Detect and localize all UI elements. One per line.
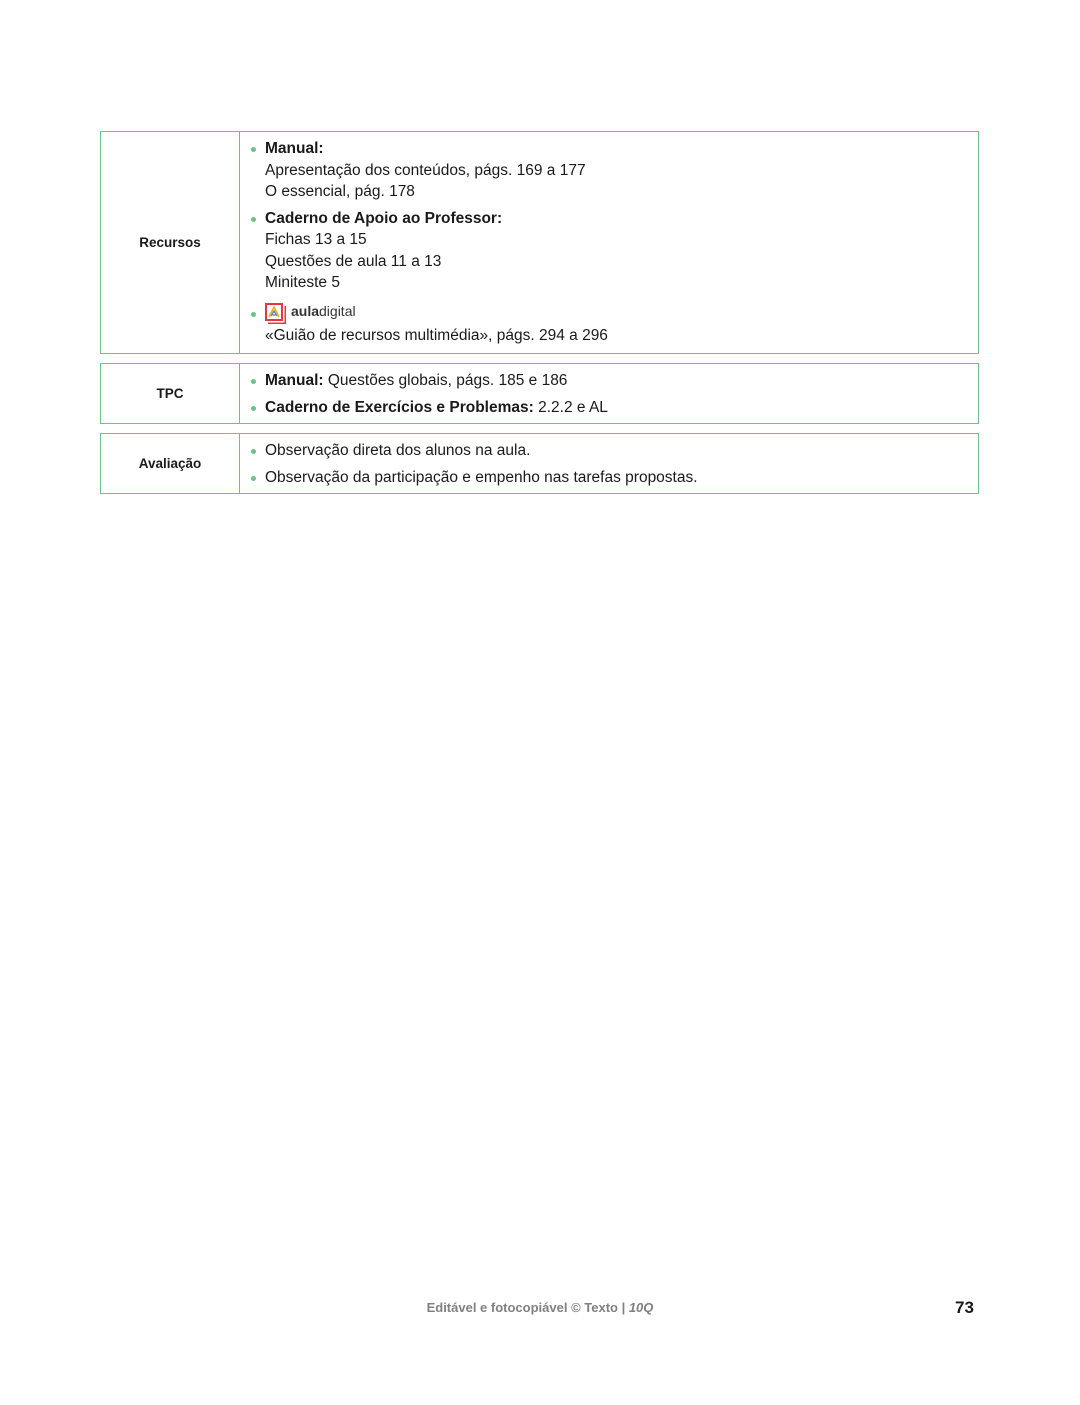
item-line: Miniteste 5 (265, 274, 340, 291)
list-item: Manual: Apresentação dos conteúdos, págs… (250, 138, 966, 203)
item-text: 2.2.2 e AL (534, 399, 608, 416)
list-item: auladigital «Guião de recursos multimédi… (250, 299, 966, 347)
bullet-icon (251, 147, 256, 152)
item-text: Observação da participação e empenho nas… (265, 469, 698, 486)
avaliacao-content: Observação direta dos alunos na aula. Ob… (240, 434, 978, 493)
list-item: Caderno de Apoio ao Professor: Fichas 13… (250, 208, 966, 294)
item-line: Fichas 13 a 15 (265, 231, 367, 248)
bullet-icon (251, 379, 256, 384)
item-line: «Guião de recursos multimédia», págs. 29… (265, 327, 608, 344)
page-number: 73 (955, 1298, 974, 1318)
item-title: Manual: (265, 372, 324, 389)
auladigital-logo-icon (265, 303, 283, 321)
item-line: Apresentação dos conteúdos, págs. 169 a … (265, 162, 586, 179)
recursos-label: Recursos (101, 132, 240, 353)
list-item: Caderno de Exercícios e Problemas: 2.2.2… (250, 397, 966, 419)
bullet-icon (251, 217, 256, 222)
bullet-icon (251, 312, 256, 317)
tpc-content: Manual: Questões globais, págs. 185 e 18… (240, 364, 978, 423)
auladigital-logo: auladigital (265, 299, 966, 325)
list-item: Manual: Questões globais, págs. 185 e 18… (250, 370, 966, 392)
item-line: O essencial, pág. 178 (265, 183, 415, 200)
item-title: Caderno de Apoio ao Professor: (265, 210, 502, 227)
bullet-icon (251, 449, 256, 454)
bullet-icon (251, 406, 256, 411)
avaliacao-table: Avaliação Observação direta dos alunos n… (100, 433, 979, 494)
item-text: Questões globais, págs. 185 e 186 (324, 372, 568, 389)
avaliacao-label: Avaliação (101, 434, 240, 493)
bullet-icon (251, 476, 256, 481)
list-item: Observação direta dos alunos na aula. (250, 440, 966, 462)
item-line: Questões de aula 11 a 13 (265, 253, 441, 270)
recursos-table: Recursos Manual: Apresentação dos conteú… (100, 131, 979, 354)
list-item: Observação da participação e empenho nas… (250, 467, 966, 489)
item-title: Manual: (265, 140, 324, 157)
item-title: Caderno de Exercícios e Problemas: (265, 399, 534, 416)
item-text: Observação direta dos alunos na aula. (265, 442, 530, 459)
tpc-label: TPC (101, 364, 240, 423)
page-footer: Editável e fotocopiável © Texto | 10Q (0, 1300, 1080, 1315)
auladigital-logo-text: auladigital (291, 301, 356, 323)
recursos-content: Manual: Apresentação dos conteúdos, págs… (240, 132, 978, 353)
tpc-table: TPC Manual: Questões globais, págs. 185 … (100, 363, 979, 424)
